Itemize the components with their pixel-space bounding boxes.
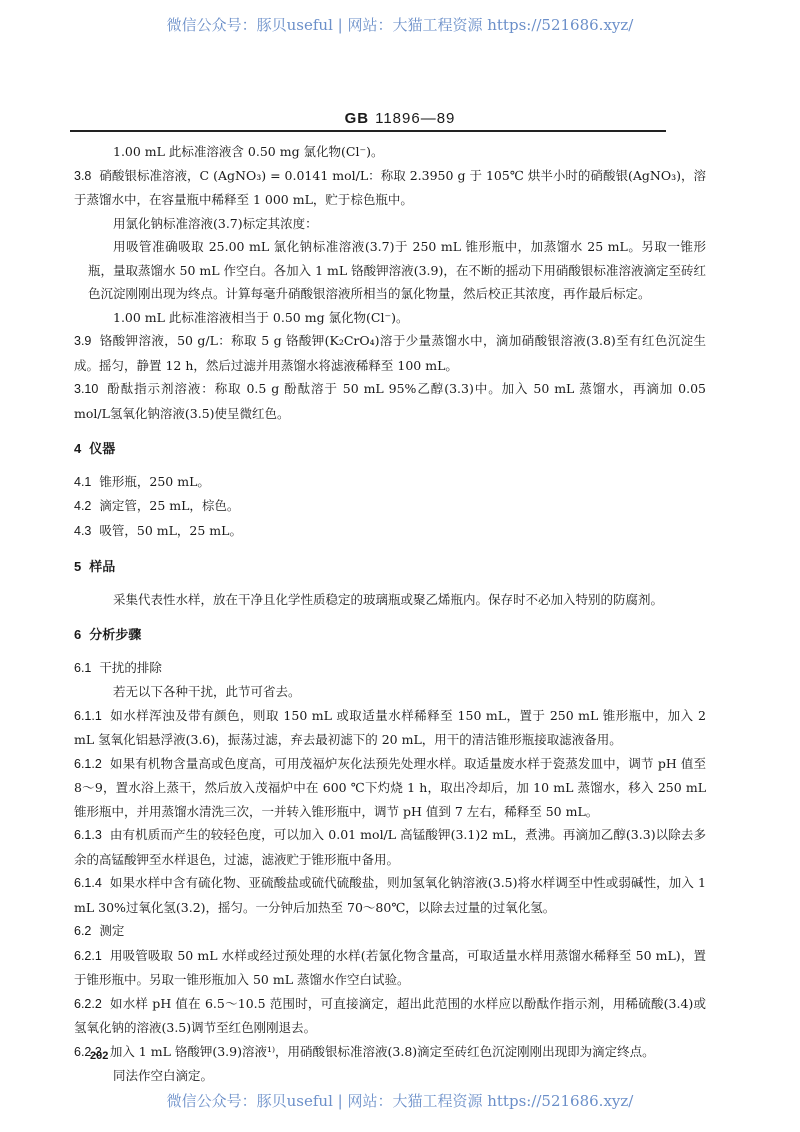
clause-text: 酚酞指示剂溶液：称取 0.5 g 酚酞溶于 50 mL 95%乙醇(3.3)中。… [74, 381, 706, 421]
clause-number: 4.1 [74, 475, 91, 489]
section-heading-5: 5样品 [74, 555, 706, 580]
clause-number: 4.3 [74, 524, 91, 538]
clause-6-1-4: 6.1.4如果水样中含有硫化物、亚硫酸盐或硫代硫酸盐，则加氢氧化钠溶液(3.5)… [74, 871, 706, 919]
clause-text: 硝酸银标准溶液，C (AgNO₃) = 0.0141 mol/L：称取 2.39… [74, 168, 706, 208]
watermark-bottom: 微信公众号：豚贝useful | 网站：大猫工程资源 https://52168… [0, 1090, 800, 1111]
clause-text: 滴定管，25 mL，棕色。 [99, 498, 239, 513]
section-title: 仪器 [89, 442, 115, 457]
paragraph: 1.00 mL 此标准溶液相当于 0.50 mg 氯化物(Cl⁻)。 [88, 306, 706, 330]
paragraph: 同法作空白滴定。 [88, 1064, 706, 1088]
clause-number: 6.1.2 [74, 757, 102, 771]
clause-text: 用吸管吸取 50 mL 水样或经过预处理的水样(若氯化物含量高，可取适量水样用蒸… [74, 948, 706, 988]
section-heading-4: 4仪器 [74, 437, 706, 462]
clause-number: 6.1.1 [74, 709, 102, 723]
clause-number: 6.2.1 [74, 949, 102, 963]
standard-code: 11896—89 [375, 110, 455, 127]
clause-3-9: 3.9铬酸钾溶液，50 g/L：称取 5 g 铬酸钾(K₂CrO₄)溶于少量蒸馏… [74, 329, 706, 377]
paragraph: 1.00 mL 此标准溶液含 0.50 mg 氯化物(Cl⁻)。 [88, 140, 706, 164]
clause-number: 6.1 [74, 661, 91, 675]
clause-3-10: 3.10酚酞指示剂溶液：称取 0.5 g 酚酞溶于 50 mL 95%乙醇(3.… [74, 377, 706, 425]
subsection-6-1: 6.1干扰的排除 [74, 656, 706, 681]
clause-text: 铬酸钾溶液，50 g/L：称取 5 g 铬酸钾(K₂CrO₄)溶于少量蒸馏水中，… [74, 333, 706, 373]
subsection-title: 干扰的排除 [99, 660, 162, 675]
paragraph: 用氯化钠标准溶液(3.7)标定其浓度： [88, 212, 706, 236]
clause-6-2-3: 6.2.3加入 1 mL 铬酸钾(3.9)溶液¹⁾，用硝酸银标准溶液(3.8)滴… [74, 1040, 706, 1065]
subsection-title: 测定 [99, 923, 124, 938]
clause-text: 如水样 pH 值在 6.5～10.5 范围时，可直接滴定，超出此范围的水样应以酚… [74, 996, 706, 1036]
section-number: 4 [74, 441, 81, 456]
clause-number: 3.9 [74, 334, 91, 348]
section-title: 分析步骤 [89, 628, 141, 643]
paragraph: 若无以下各种干扰，此节可省去。 [88, 680, 706, 704]
item-4-2: 4.2滴定管，25 mL，棕色。 [74, 494, 706, 519]
clause-6-1-2: 6.1.2如果有机物含量高或色度高，可用茂福炉灰化法预先处理水样。取适量废水样于… [74, 752, 706, 824]
section-title: 样品 [89, 560, 115, 575]
clause-text: 如果水样中含有硫化物、亚硫酸盐或硫代硫酸盐，则加氢氧化钠溶液(3.5)将水样调至… [74, 875, 706, 915]
paragraph: 用吸管准确吸取 25.00 mL 氯化钠标准溶液(3.7)于 250 mL 锥形… [88, 235, 706, 306]
clause-6-1-3: 6.1.3由有机质而产生的较轻色度，可以加入 0.01 mol/L 高锰酸钾(3… [74, 823, 706, 871]
clause-6-2-2: 6.2.2如水样 pH 值在 6.5～10.5 范围时，可直接滴定，超出此范围的… [74, 992, 706, 1040]
document-body: 1.00 mL 此标准溶液含 0.50 mg 氯化物(Cl⁻)。 3.8硝酸银标… [88, 140, 706, 1088]
clause-number: 6.1.3 [74, 828, 102, 842]
clause-number: 3.8 [74, 169, 91, 183]
page-header: GB11896—89 [0, 110, 800, 127]
watermark-top: 微信公众号：豚贝useful | 网站：大猫工程资源 https://52168… [0, 14, 800, 35]
clause-3-8: 3.8硝酸银标准溶液，C (AgNO₃) = 0.0141 mol/L：称取 2… [74, 164, 706, 212]
item-4-3: 4.3吸管，50 mL，25 mL。 [74, 519, 706, 544]
item-4-1: 4.1锥形瓶，250 mL。 [74, 470, 706, 495]
clause-number: 6.1.4 [74, 876, 102, 890]
clause-text: 由有机质而产生的较轻色度，可以加入 0.01 mol/L 高锰酸钾(3.1)2 … [74, 827, 706, 867]
section-heading-6: 6分析步骤 [74, 623, 706, 648]
page-number: 202 [90, 1050, 108, 1062]
standard-prefix: GB [345, 110, 370, 127]
paragraph: 采集代表性水样，放在干净且化学性质稳定的玻璃瓶或聚乙烯瓶内。保存时不必加入特别的… [88, 588, 706, 612]
section-number: 6 [74, 627, 81, 642]
clause-text: 锥形瓶，250 mL。 [99, 474, 210, 489]
clause-6-1-1: 6.1.1如水样浑浊及带有颜色，则取 150 mL 或取适量水样稀释至 150 … [74, 704, 706, 752]
clause-number: 3.10 [74, 382, 98, 396]
clause-text: 如果有机物含量高或色度高，可用茂福炉灰化法预先处理水样。取适量废水样于瓷蒸发皿中… [74, 756, 706, 819]
clause-text: 吸管，50 mL，25 mL。 [99, 523, 242, 538]
clause-text: 如水样浑浊及带有颜色，则取 150 mL 或取适量水样稀释至 150 mL，置于… [74, 708, 706, 748]
subsection-6-2: 6.2测定 [74, 919, 706, 944]
clause-number: 4.2 [74, 499, 91, 513]
clause-number: 6.2.2 [74, 997, 102, 1011]
clause-6-2-1: 6.2.1用吸管吸取 50 mL 水样或经过预处理的水样(若氯化物含量高，可取适… [74, 944, 706, 992]
header-rule [70, 130, 666, 132]
clause-number: 6.2 [74, 924, 91, 938]
section-number: 5 [74, 559, 81, 574]
clause-text: 加入 1 mL 铬酸钾(3.9)溶液¹⁾，用硝酸银标准溶液(3.8)滴定至砖红色… [110, 1044, 655, 1059]
